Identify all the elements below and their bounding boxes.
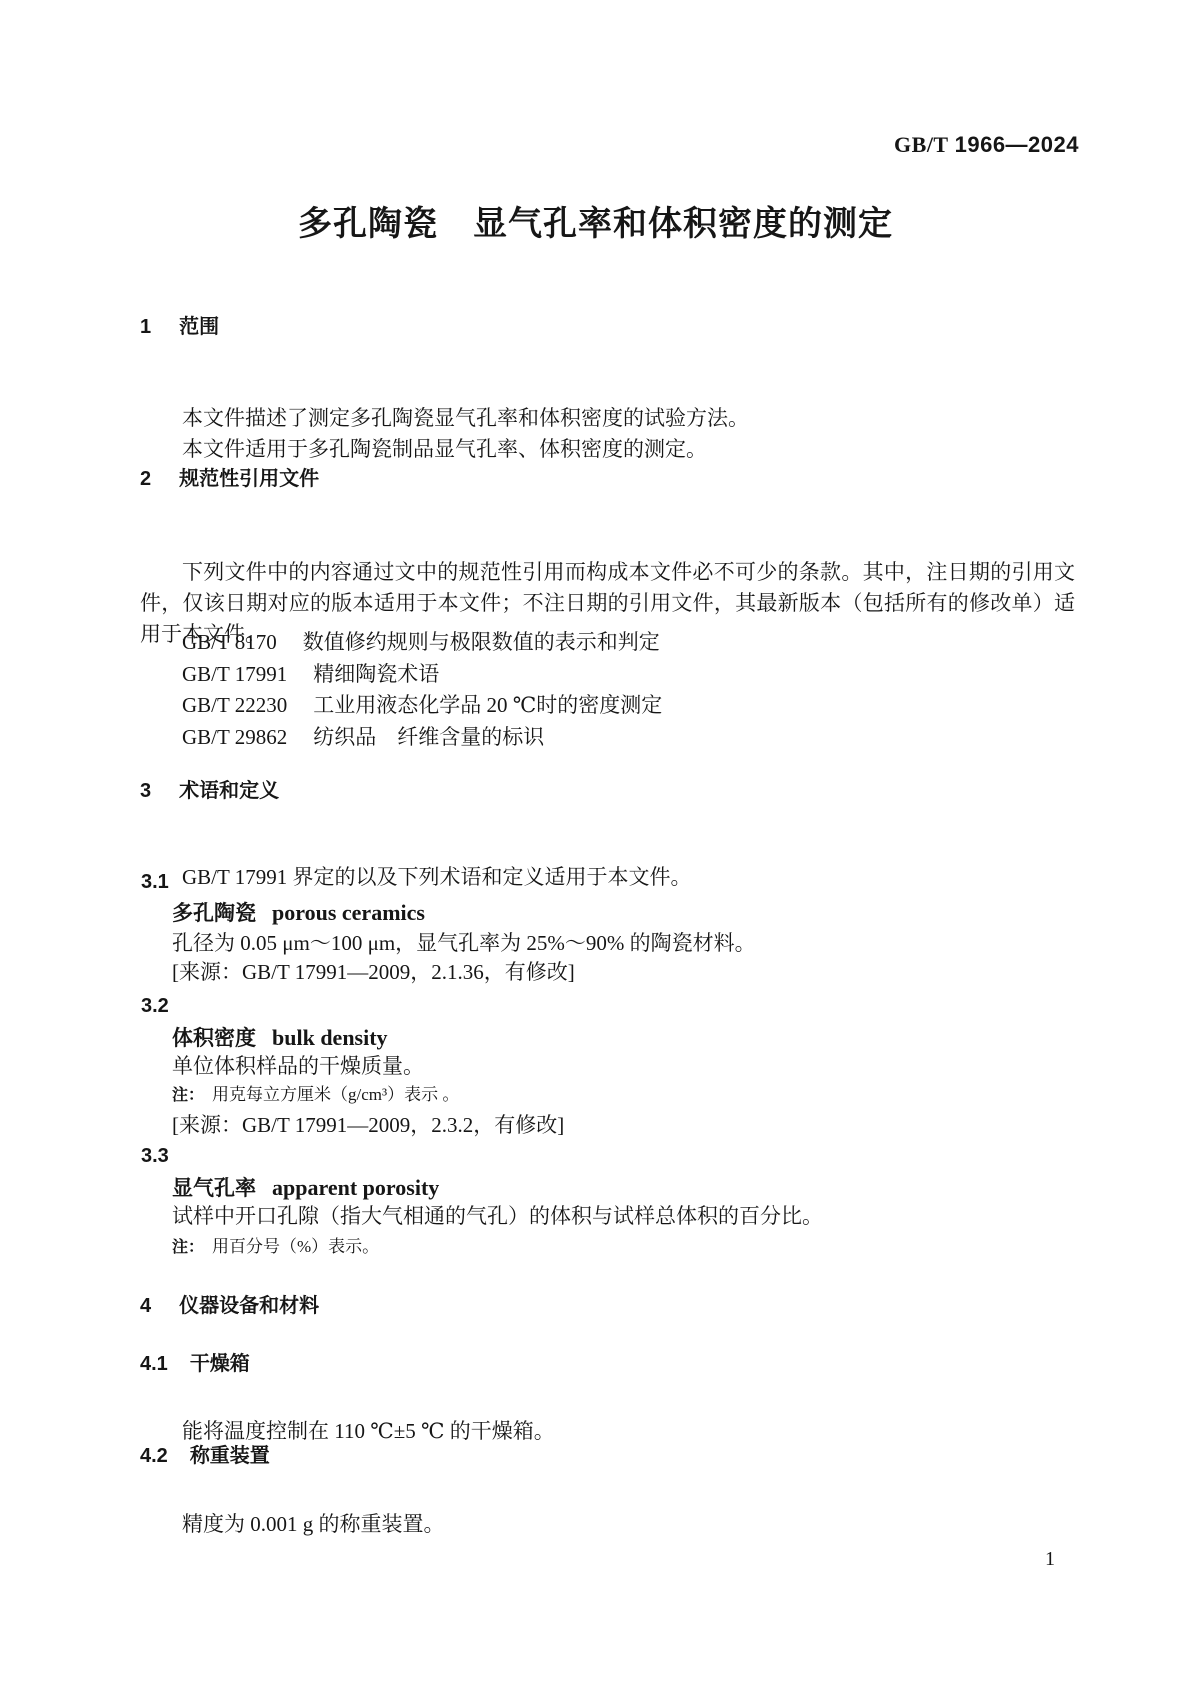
reference-title: 精细陶瓷术语 xyxy=(313,662,439,686)
subsection-4-2-heading: 4.2称重装置 xyxy=(140,1446,270,1466)
drying-oven-paragraph: 能将温度控制在 110 ℃±5 ℃ 的干燥箱。 xyxy=(182,1416,555,1447)
section-4-number: 4 xyxy=(140,1296,151,1316)
section-4-heading: 4仪器设备和材料 xyxy=(140,1296,319,1316)
subsection-4-1-number: 4.1 xyxy=(140,1354,168,1374)
section-3-heading: 3术语和定义 xyxy=(140,781,279,801)
clause-3-2-number: 3.2 xyxy=(141,996,169,1016)
scope-paragraph-2: 本文件适用于多孔陶瓷制品显气孔率、体积密度的测定。 xyxy=(182,434,707,465)
scope-paragraph-1: 本文件描述了测定多孔陶瓷显气孔率和体积密度的试验方法。 xyxy=(182,403,749,434)
section-1-heading: 1范围 xyxy=(140,317,219,337)
section-2-heading: 2规范性引用文件 xyxy=(140,469,319,489)
standard-code-header: GB/T1966—2024 xyxy=(894,132,1079,158)
subsection-4-2-number: 4.2 xyxy=(140,1446,168,1466)
section-1-number: 1 xyxy=(140,317,151,337)
document-title: 多孔陶瓷 显气孔率和体积密度的测定 xyxy=(0,196,1191,245)
term-english: apparent porosity xyxy=(272,1175,439,1200)
reference-title: 纺织品 纤维含量的标识 xyxy=(313,725,544,749)
reference-code: GB/T 8170 xyxy=(182,627,277,659)
section-4-title: 仪器设备和材料 xyxy=(179,1295,319,1317)
reference-code: GB/T 22230 xyxy=(182,690,287,722)
section-1-title: 范围 xyxy=(179,316,219,338)
reference-title: 工业用液态化学品 20 ℃时的密度测定 xyxy=(313,693,662,717)
reference-item: GB/T 22230工业用液态化学品 20 ℃时的密度测定 xyxy=(182,690,662,722)
term-entry: 显气孔率apparent porosity xyxy=(172,1176,439,1200)
clause-3-3-number: 3.3 xyxy=(141,1146,169,1166)
subsection-4-2-title: 称重装置 xyxy=(190,1445,270,1467)
weighing-device-paragraph: 精度为 0.001 g 的称重装置。 xyxy=(182,1509,445,1540)
term-entry: 多孔陶瓷porous ceramics xyxy=(172,901,425,925)
term-definition: 单位体积样品的干燥质量。 xyxy=(172,1054,424,1079)
note-label: 注： xyxy=(172,1087,204,1104)
term-chinese: 多孔陶瓷 xyxy=(172,902,256,925)
clause-3-1-number: 3.1 xyxy=(141,872,169,892)
term-source: [来源：GB/T 17991—2009，2.1.36，有修改] xyxy=(172,960,575,985)
term-english: porous ceramics xyxy=(272,900,425,925)
term-english: bulk density xyxy=(272,1025,388,1050)
note-text: 用克每立方厘米（g/cm³）表示 。 xyxy=(212,1085,459,1104)
terms-intro-paragraph: GB/T 17991 界定的以及下列术语和定义适用于本文件。 xyxy=(182,862,691,893)
page-number: 1 xyxy=(1045,1549,1055,1569)
note-label: 注： xyxy=(172,1239,204,1256)
term-source: [来源：GB/T 17991—2009，2.3.2，有修改] xyxy=(172,1113,564,1138)
term-chinese: 显气孔率 xyxy=(172,1177,256,1200)
standard-code-number: 1966—2024 xyxy=(955,132,1079,157)
reference-item: GB/T 17991精细陶瓷术语 xyxy=(182,659,662,691)
document-page: GB/T1966—2024 多孔陶瓷 显气孔率和体积密度的测定 1范围 本文件描… xyxy=(0,0,1191,1684)
reference-item: GB/T 29862纺织品 纤维含量的标识 xyxy=(182,722,662,754)
term-entry: 体积密度bulk density xyxy=(172,1026,388,1050)
normative-references-list: GB/T 8170数值修约规则与极限数值的表示和判定 GB/T 17991精细陶… xyxy=(182,627,662,753)
term-chinese: 体积密度 xyxy=(172,1027,256,1050)
subsection-4-1-title: 干燥箱 xyxy=(190,1353,250,1375)
section-2-title: 规范性引用文件 xyxy=(179,468,319,490)
term-note: 注：用克每立方厘米（g/cm³）表示 。 xyxy=(172,1085,459,1105)
subsection-4-1-heading: 4.1干燥箱 xyxy=(140,1354,250,1374)
note-text: 用百分号（%）表示。 xyxy=(212,1237,379,1256)
reference-code: GB/T 29862 xyxy=(182,722,287,754)
section-2-number: 2 xyxy=(140,469,151,489)
section-3-number: 3 xyxy=(140,781,151,801)
reference-title: 数值修约规则与极限数值的表示和判定 xyxy=(303,630,660,654)
reference-code: GB/T 17991 xyxy=(182,659,287,691)
term-note: 注：用百分号（%）表示。 xyxy=(172,1237,379,1257)
term-definition: 孔径为 0.05 μm～100 μm，显气孔率为 25%～90% 的陶瓷材料。 xyxy=(172,931,756,956)
standard-code-prefix: GB/T xyxy=(894,132,949,157)
term-definition: 试样中开口孔隙（指大气相通的气孔）的体积与试样总体积的百分比。 xyxy=(172,1204,823,1229)
reference-item: GB/T 8170数值修约规则与极限数值的表示和判定 xyxy=(182,627,662,659)
section-3-title: 术语和定义 xyxy=(179,780,279,802)
